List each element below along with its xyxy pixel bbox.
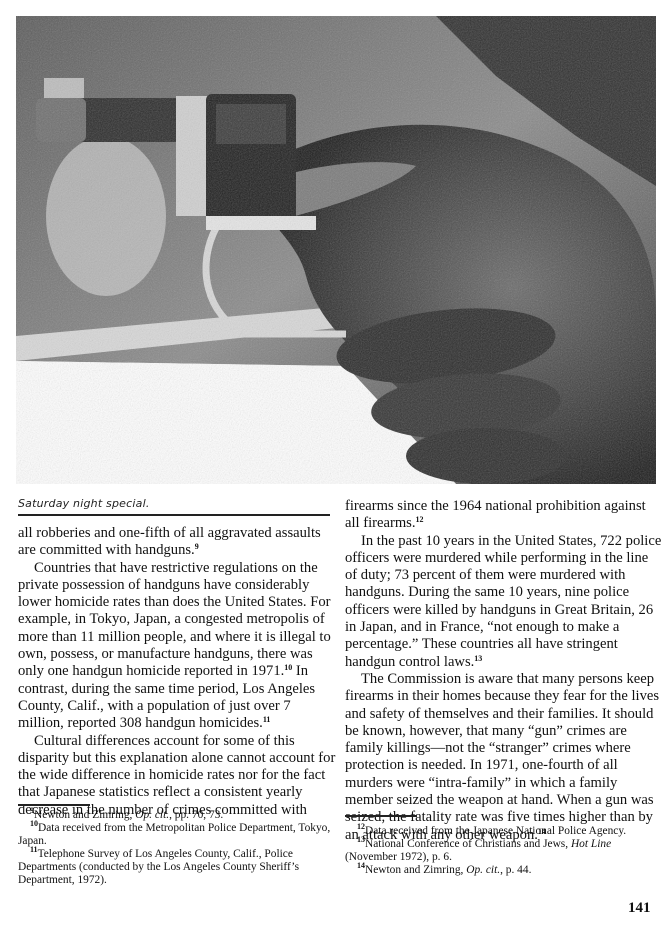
footnote-italic: Hot Line [571, 838, 611, 850]
photo-halftone-icon [16, 16, 656, 484]
right-text-column: firearms since the 1964 national prohibi… [345, 498, 663, 844]
footnote-text: Telephone Survey of Los Angeles County, … [18, 848, 299, 886]
photo-saturday-night-special [16, 16, 656, 484]
footnote-number: 10 [30, 819, 38, 828]
footnote-number: 12 [357, 822, 365, 831]
paragraph-text: Countries that have restrictive regulati… [18, 560, 331, 680]
paragraph: The Commission is aware that many person… [345, 671, 663, 844]
left-text-column: all robberies and one-fifth of all aggra… [18, 525, 336, 819]
paragraph-text: all robberies and one-fifth of all aggra… [18, 525, 321, 558]
footnote-ref[interactable]: 13 [474, 654, 482, 663]
footnote-number: 11 [30, 845, 38, 854]
paragraph-text: In the past 10 years in the United State… [345, 533, 661, 670]
caption-rule [18, 514, 330, 516]
footnotes-left: 9Newton and Zimring, Op. cit., pp. 70, 7… [18, 809, 336, 887]
paragraph-text: The Commission is aware that many person… [345, 671, 659, 843]
footnote-text: , p. 44. [500, 864, 531, 876]
paragraph-text: firearms since the 1964 national prohibi… [345, 498, 646, 531]
footnote-rule [18, 804, 90, 806]
footnote-text: Newton and Zimring, [34, 809, 135, 821]
paragraph: all robberies and one-fifth of all aggra… [18, 525, 336, 560]
paragraph: Cultural differences account for some of… [18, 733, 336, 819]
photo-caption: Saturday night special. [18, 497, 330, 510]
footnote-ref[interactable]: 12 [416, 515, 424, 524]
paragraph: In the past 10 years in the United State… [345, 533, 663, 671]
footnote-rule [345, 815, 417, 817]
footnote-text: Data received from the Metropolitan Poli… [18, 822, 330, 847]
footnote: 10Data received from the Metropolitan Po… [18, 822, 336, 848]
footnote-text: National Conference of Christians and Je… [365, 838, 571, 850]
footnote: 9Newton and Zimring, Op. cit., pp. 70, 7… [18, 809, 336, 822]
paragraph: Countries that have restrictive regulati… [18, 560, 336, 733]
paragraph: firearms since the 1964 national prohibi… [345, 498, 663, 533]
page-number: 141 [628, 900, 651, 917]
footnotes-right: 12Data received from the Japanese Nation… [345, 825, 663, 877]
footnote-number: 14 [357, 861, 365, 870]
footnote: 13National Conference of Christians and … [345, 838, 663, 864]
footnote-italic: Op. cit. [135, 809, 169, 821]
footnote: 11Telephone Survey of Los Angeles County… [18, 848, 336, 887]
footnote-text: Newton and Zimring, [365, 864, 466, 876]
footnote-ref[interactable]: 9 [195, 542, 199, 551]
footnote-ref[interactable]: 11 [263, 715, 271, 724]
footnote-italic: Op. cit. [466, 864, 500, 876]
footnote-text: Data received from the Japanese National… [365, 825, 626, 837]
footnote: 14Newton and Zimring, Op. cit., p. 44. [345, 864, 663, 877]
footnote-number: 13 [357, 835, 365, 844]
footnote: 12Data received from the Japanese Nation… [345, 825, 663, 838]
footnote-text: , pp. 70, 73. [169, 809, 223, 821]
